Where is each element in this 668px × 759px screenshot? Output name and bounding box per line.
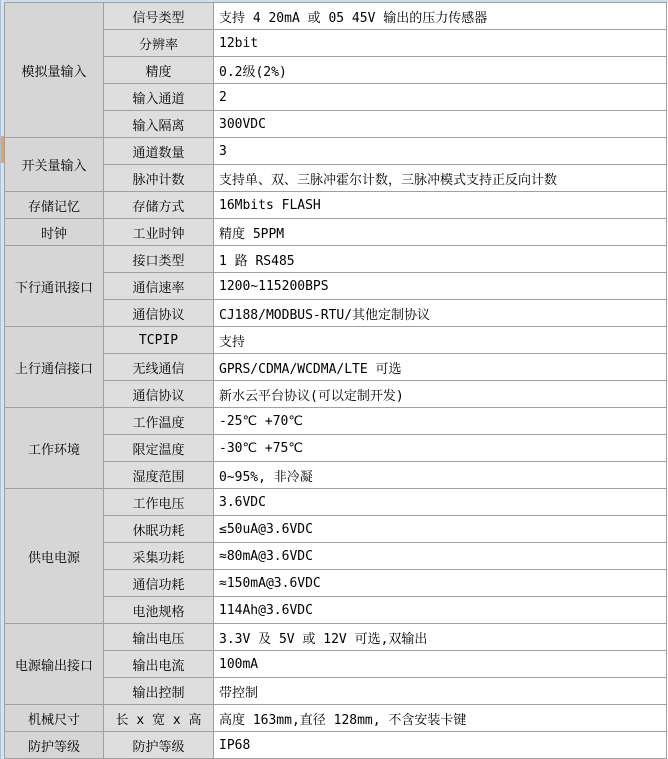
spec-value-cell: 支持 4 20mA 或 05 45V 输出的压力传感器	[214, 3, 667, 30]
category-cell: 供电电源	[5, 489, 104, 624]
spec-name-cell: 通道数量	[104, 138, 214, 165]
table-row: 时钟工业时钟精度 5PPM	[5, 219, 667, 246]
table-row: 通信协议新水云平台协议(可以定制开发)	[5, 381, 667, 408]
table-row: 存储记忆存储方式16Mbits FLASH	[5, 192, 667, 219]
spec-name-cell: 电池规格	[104, 597, 214, 624]
spec-value-cell: 2	[214, 84, 667, 111]
spec-value-cell: 114Ah@3.6VDC	[214, 597, 667, 624]
spec-name-cell: 分辨率	[104, 30, 214, 57]
spec-value-cell: 3.6VDC	[214, 489, 667, 516]
category-cell: 下行通讯接口	[5, 246, 104, 327]
table-row: 模拟量输入信号类型支持 4 20mA 或 05 45V 输出的压力传感器	[5, 3, 667, 30]
spec-name-cell: 无线通信	[104, 354, 214, 381]
spec-name-cell: 防护等级	[104, 732, 214, 759]
category-cell: 机械尺寸	[5, 705, 104, 732]
table-row: 工作环境工作温度-25℃ +70℃	[5, 408, 667, 435]
spec-name-cell: 通信协议	[104, 300, 214, 327]
table-row: 开关量输入通道数量3	[5, 138, 667, 165]
table-row: 通信速率1200~115200BPS	[5, 273, 667, 300]
table-row: 供电电源工作电压3.6VDC	[5, 489, 667, 516]
category-cell: 存储记忆	[5, 192, 104, 219]
spec-name-cell: 休眠功耗	[104, 516, 214, 543]
spec-value-cell: 支持	[214, 327, 667, 354]
spec-name-cell: 精度	[104, 57, 214, 84]
spec-value-cell: -30℃ +75℃	[214, 435, 667, 462]
spec-table: 模拟量输入信号类型支持 4 20mA 或 05 45V 输出的压力传感器分辨率1…	[4, 2, 667, 759]
spec-value-cell: 支持单、双、三脉冲霍尔计数，三脉冲模式支持正反向计数	[214, 165, 667, 192]
table-row: 采集功耗≈80mA@3.6VDC	[5, 543, 667, 570]
table-row: 电源输出接口输出电压3.3V 及 5V 或 12V 可选,双输出	[5, 624, 667, 651]
table-row: 输入通道2	[5, 84, 667, 111]
table-row: 输入隔离300VDC	[5, 111, 667, 138]
table-row: 精度0.2级(2%)	[5, 57, 667, 84]
spec-value-cell: 1200~115200BPS	[214, 273, 667, 300]
category-cell: 开关量输入	[5, 138, 104, 192]
spec-name-cell: 湿度范围	[104, 462, 214, 489]
spec-value-cell: 3	[214, 138, 667, 165]
spec-value-cell: ≈80mA@3.6VDC	[214, 543, 667, 570]
spec-value-cell: GPRS/CDMA/WCDMA/LTE 可选	[214, 354, 667, 381]
table-row: 通信协议CJ188/MODBUS-RTU/其他定制协议	[5, 300, 667, 327]
spec-name-cell: 信号类型	[104, 3, 214, 30]
category-cell: 时钟	[5, 219, 104, 246]
table-row: 机械尺寸长 x 宽 x 高高度 163mm,直径 128mm, 不含安装卡键	[5, 705, 667, 732]
spec-value-cell: 精度 5PPM	[214, 219, 667, 246]
spec-value-cell: 1 路 RS485	[214, 246, 667, 273]
spec-name-cell: 输出控制	[104, 678, 214, 705]
table-row: 输出控制带控制	[5, 678, 667, 705]
spec-value-cell: 带控制	[214, 678, 667, 705]
table-row: 限定温度-30℃ +75℃	[5, 435, 667, 462]
spec-value-cell: 0~95%, 非冷凝	[214, 462, 667, 489]
spec-name-cell: 输入通道	[104, 84, 214, 111]
category-cell: 工作环境	[5, 408, 104, 489]
table-row: 电池规格114Ah@3.6VDC	[5, 597, 667, 624]
spec-value-cell: CJ188/MODBUS-RTU/其他定制协议	[214, 300, 667, 327]
spec-value-cell: 300VDC	[214, 111, 667, 138]
spec-name-cell: 工作电压	[104, 489, 214, 516]
spec-name-cell: 工作温度	[104, 408, 214, 435]
spec-value-cell: 0.2级(2%)	[214, 57, 667, 84]
table-row: 下行通讯接口接口类型1 路 RS485	[5, 246, 667, 273]
spec-name-cell: 输入隔离	[104, 111, 214, 138]
table-row: 输出电流100mA	[5, 651, 667, 678]
table-row: 通信功耗≈150mA@3.6VDC	[5, 570, 667, 597]
spec-name-cell: 输出电流	[104, 651, 214, 678]
spec-value-cell: IP68	[214, 732, 667, 759]
table-row: 湿度范围0~95%, 非冷凝	[5, 462, 667, 489]
spec-name-cell: 工业时钟	[104, 219, 214, 246]
spec-value-cell: 16Mbits FLASH	[214, 192, 667, 219]
spec-value-cell: ≤50uA@3.6VDC	[214, 516, 667, 543]
spec-name-cell: 限定温度	[104, 435, 214, 462]
table-row: 分辨率12bit	[5, 30, 667, 57]
spec-name-cell: 通信功耗	[104, 570, 214, 597]
spec-name-cell: 长 x 宽 x 高	[104, 705, 214, 732]
spec-name-cell: 输出电压	[104, 624, 214, 651]
table-row: 脉冲计数支持单、双、三脉冲霍尔计数，三脉冲模式支持正反向计数	[5, 165, 667, 192]
spec-name-cell: 脉冲计数	[104, 165, 214, 192]
category-cell: 防护等级	[5, 732, 104, 759]
category-cell: 电源输出接口	[5, 624, 104, 705]
spec-sheet: 模拟量输入信号类型支持 4 20mA 或 05 45V 输出的压力传感器分辨率1…	[0, 0, 668, 759]
table-row: 上行通信接口TCPIP支持	[5, 327, 667, 354]
spec-table-body: 模拟量输入信号类型支持 4 20mA 或 05 45V 输出的压力传感器分辨率1…	[5, 3, 667, 759]
spec-value-cell: 高度 163mm,直径 128mm, 不含安装卡键	[214, 705, 667, 732]
table-row: 休眠功耗≤50uA@3.6VDC	[5, 516, 667, 543]
spec-value-cell: 100mA	[214, 651, 667, 678]
spec-name-cell: 接口类型	[104, 246, 214, 273]
category-cell: 上行通信接口	[5, 327, 104, 408]
spec-value-cell: -25℃ +70℃	[214, 408, 667, 435]
spec-value-cell: ≈150mA@3.6VDC	[214, 570, 667, 597]
spec-value-cell: 新水云平台协议(可以定制开发)	[214, 381, 667, 408]
spec-name-cell: 通信协议	[104, 381, 214, 408]
table-row: 无线通信GPRS/CDMA/WCDMA/LTE 可选	[5, 354, 667, 381]
category-cell: 模拟量输入	[5, 3, 104, 138]
spec-name-cell: TCPIP	[104, 327, 214, 354]
spec-value-cell: 3.3V 及 5V 或 12V 可选,双输出	[214, 624, 667, 651]
table-row: 防护等级防护等级IP68	[5, 732, 667, 759]
spec-name-cell: 采集功耗	[104, 543, 214, 570]
spec-name-cell: 存储方式	[104, 192, 214, 219]
spec-name-cell: 通信速率	[104, 273, 214, 300]
spec-value-cell: 12bit	[214, 30, 667, 57]
